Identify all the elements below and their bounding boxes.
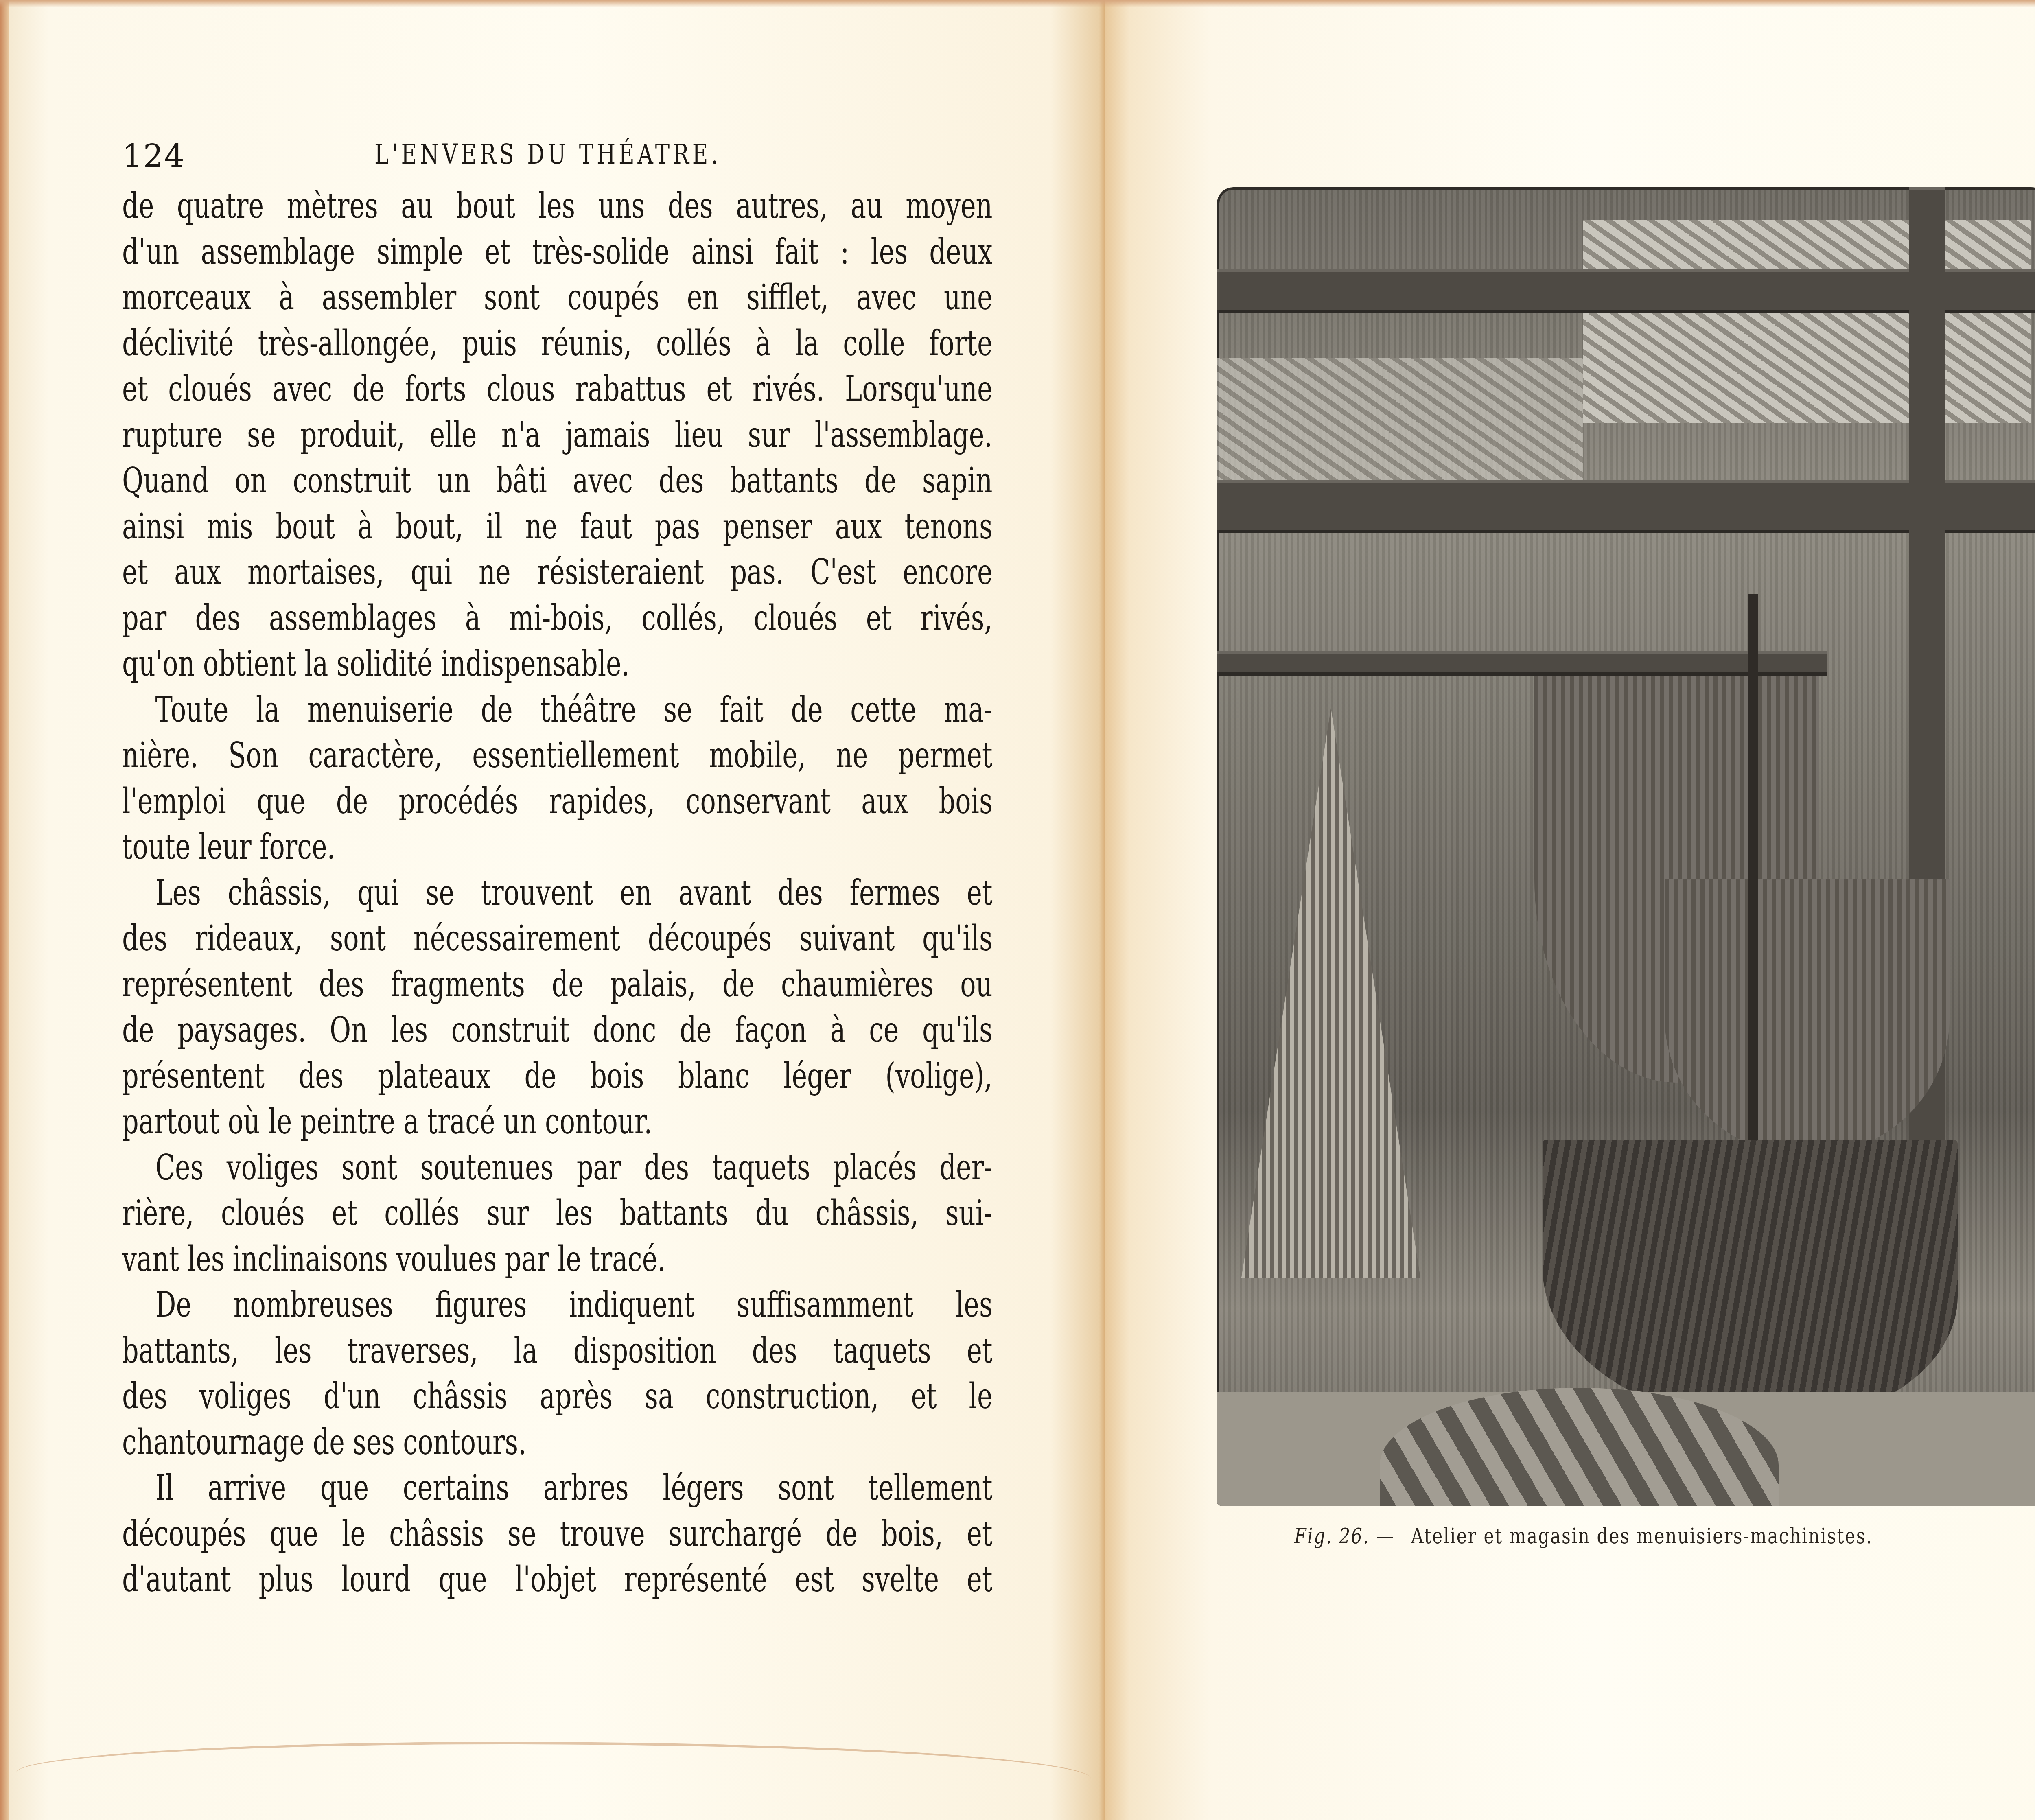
sail [1665,879,1950,1156]
text-line: Quand on construit un bâti avec des batt… [122,458,993,504]
text-line: d'un assemblage simple et très-solide ai… [122,229,993,275]
text-line: et cloués avec de forts clous rabattus e… [122,366,993,412]
text-line: qu'on obtient la solidité indispensable. [122,641,993,687]
text-line: par des assemblages à mi-bois, collés, c… [122,595,993,641]
text-line: De nombreuses figures indiquent suffisam… [122,1282,993,1328]
text-line: ainsi mis bout à bout, il ne faut pas pe… [122,504,993,550]
text-line: de paysages. On les construit donc de fa… [122,1007,993,1053]
text-line: battants, les traverses, la disposition … [122,1328,993,1374]
text-line: vant les inclinaisons voulues par le tra… [122,1236,993,1282]
figure-label: Fig. 26. — [1294,1524,1394,1549]
page-top-edge [0,0,2035,7]
text-line: l'emploi que de procédés rapides, conser… [122,779,993,825]
text-line: morceaux à assembler sont coupés en siff… [122,275,993,321]
book-spread: 124 L'ENVERS DU THÉATRE. de quatre mètre… [0,0,2035,1820]
text-line: représentent des fragments de palais, de… [122,962,993,1008]
ship-hull [1543,1140,1958,1424]
text-line: déclivité très-allongée, puis réunis, co… [122,321,993,367]
text-line: de quatre mètres au bout les uns des aut… [122,183,993,229]
text-line: et aux mortaises, qui ne résisteraient p… [122,549,993,595]
book-cover-edge [0,0,9,1820]
figure-engraving-workshop [1217,187,2035,1506]
text-line: Toute la menuiserie de théâtre se fait d… [122,687,993,733]
text-line: Il arrive que certains arbres légers son… [122,1465,993,1511]
roof-beam [1217,651,1827,676]
text-line: d'autant plus lourd que l'objet représen… [122,1557,993,1603]
running-head: 124 L'ENVERS DU THÉATRE. [122,134,993,179]
text-line: présentent des plateaux de bois blanc lé… [122,1053,993,1099]
text-line: rière, cloués et collés sur les battants… [122,1190,993,1236]
figure-caption-text: Atelier et magasin des menuisiers-machin… [1411,1524,1873,1549]
text-line: Ces voliges sont soutenues par des taque… [122,1145,993,1191]
text-line: Les châssis, qui se trouvent en avant de… [122,870,993,916]
text-line: partout où le peintre a tracé un contour… [122,1099,993,1145]
text-line: nière. Son caractère, essentiellement mo… [122,733,993,779]
stacked-frames [1241,708,1420,1278]
page-number: 124 [122,138,185,175]
text-line: des voliges d'un châssis après sa constr… [122,1374,993,1420]
text-line: découpés que le châssis se trouve surcha… [122,1511,993,1557]
running-title: L'ENVERS DU THÉATRE. [374,138,721,171]
figure-caption: Fig. 26. — Atelier et magasin des menuis… [1294,1524,1915,1549]
text-line: toute leur force. [122,824,993,870]
body-text: de quatre mètres au bout les uns des aut… [122,183,993,1603]
text-line: des rideaux, sont nécessairement découpé… [122,916,993,962]
skylight [1583,220,2031,423]
text-line: chantournage de ses contours. [122,1420,993,1466]
text-line: rupture se produit, elle n'a jamais lieu… [122,412,993,458]
